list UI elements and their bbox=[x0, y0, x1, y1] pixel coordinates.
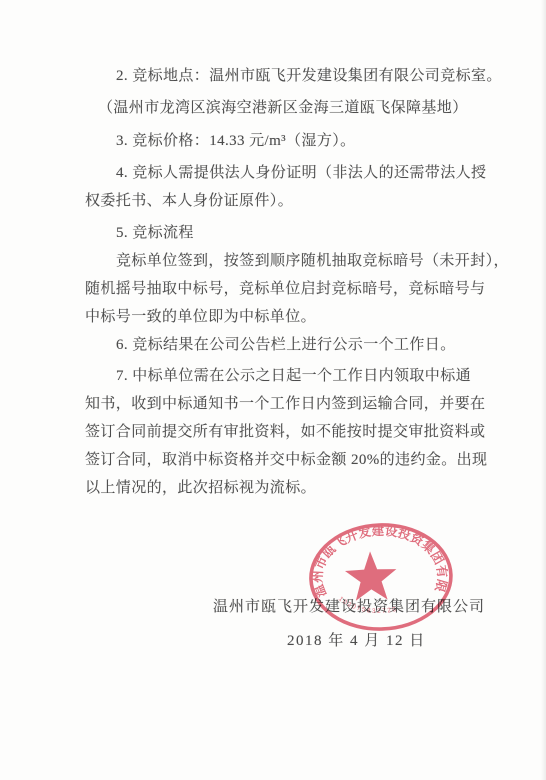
document-line: （温州市龙湾区滨海空港新区金海三道瓯飞保障基地） bbox=[85, 98, 510, 118]
document-line: 6. 竞标结果在公司公告栏上进行公示一个工作日。 bbox=[85, 335, 528, 355]
svg-text:102075832720: 102075832720 bbox=[337, 593, 399, 616]
scanned-document-page: 2. 竞标地点：温州市瓯飞开发建设集团有限公司竞标室。 （温州市龙湾区滨海空港新… bbox=[0, 0, 546, 780]
document-line: 随机摇号抽取中标号，竞标单位启封竞标暗号，竞标暗号与 bbox=[85, 279, 497, 299]
document-line: 知书，收到中标通知书一个工作日内签到运输合同，并要在 bbox=[85, 394, 497, 414]
document-line: 权委托书、本人身份证原件）。 bbox=[85, 191, 497, 211]
document-line: 竞标单位签到，按签到顺序随机抽取竞标暗号（未开封）， bbox=[85, 251, 528, 271]
company-seal: 温州市瓯飞开发建设投资集团有限公司 102075832720 bbox=[302, 517, 460, 640]
seal-serial-number: 102075832720 bbox=[337, 593, 399, 616]
document-line: 以上情况的，此次招标视为流标。 bbox=[85, 478, 497, 498]
document-line: 签订合同前提交所有审批资料，如不能按时提交审批资料或 bbox=[85, 422, 497, 442]
document-line: 7. 中标单位需在公示之日起一个工作日内领取中标通 bbox=[85, 366, 528, 386]
scan-edge-artifact bbox=[541, 0, 546, 780]
document-line: 2. 竞标地点：温州市瓯飞开发建设集团有限公司竞标室。 bbox=[85, 66, 528, 86]
document-line: 5. 竞标流程 bbox=[85, 223, 528, 243]
document-line: 3. 竞标价格：14.33 元/m³（湿方）。 bbox=[85, 131, 528, 151]
document-line: 签订合同，取消中标资格并交中标金额 20%的违约金。出现 bbox=[85, 450, 497, 470]
star-icon bbox=[344, 550, 397, 601]
document-line: 中标号一致的单位即为中标单位。 bbox=[85, 307, 497, 327]
document-line: 4. 竞标人需提供法人身份证明（非法人的还需带法人授 bbox=[85, 163, 528, 183]
